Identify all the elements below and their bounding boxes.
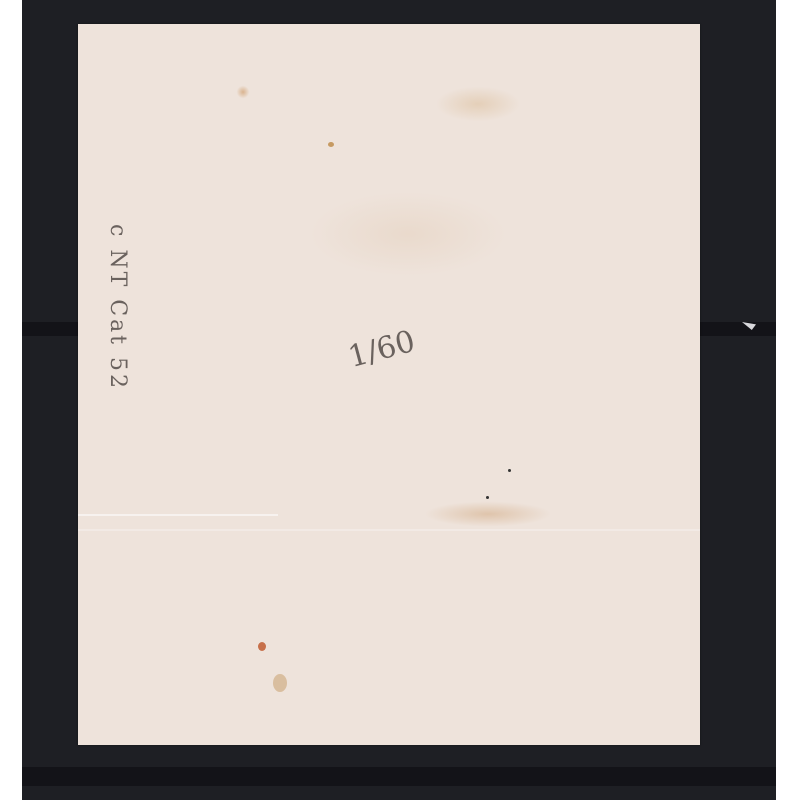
- stain-spot: [273, 674, 287, 692]
- dirt-speck: [486, 496, 489, 499]
- rust-spot: [258, 642, 266, 651]
- stain-spot: [328, 142, 334, 147]
- paper-crease: [78, 514, 278, 516]
- pencil-notation-margin: c NT Cat 52: [105, 224, 130, 391]
- dirt-speck: [508, 469, 511, 472]
- stock-card-strip: [22, 767, 776, 786]
- pencil-notation-center: 1/60: [345, 324, 419, 375]
- paper-crease: [78, 529, 700, 531]
- stamp-back: c NT Cat 52 1/60: [78, 24, 700, 745]
